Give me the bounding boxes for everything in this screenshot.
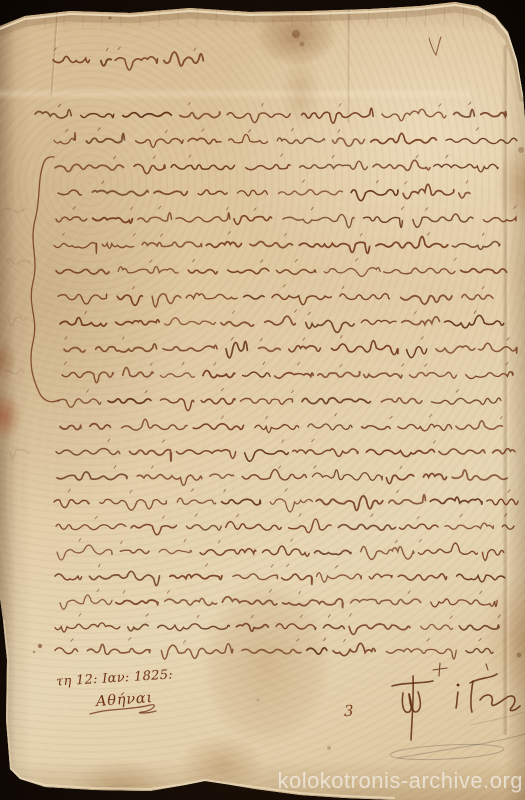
margin-brace [31, 157, 59, 402]
ghost-bleedthrough-marks [4, 208, 30, 459]
paper-edge-highlight-left [4, 620, 11, 768]
page-number: 3 [344, 702, 354, 720]
ink-checkmark [429, 37, 441, 55]
photo-background: τη 12: Ιαν: 1825: Αθήναι 3 kolokotronis-… [0, 0, 525, 800]
pencil-sketch-marks [390, 712, 525, 762]
signature-monogram [392, 663, 520, 740]
paper-edge-shadow-top [0, 9, 523, 101]
heading-script [53, 47, 203, 70]
paper-sheet: τη 12: Ιαν: 1825: Αθήναι 3 [0, 0, 525, 800]
body-script-lines [35, 102, 518, 659]
stain-specks [33, 17, 524, 751]
watermark-text: kolokotronis-archive.org [277, 768, 523, 794]
